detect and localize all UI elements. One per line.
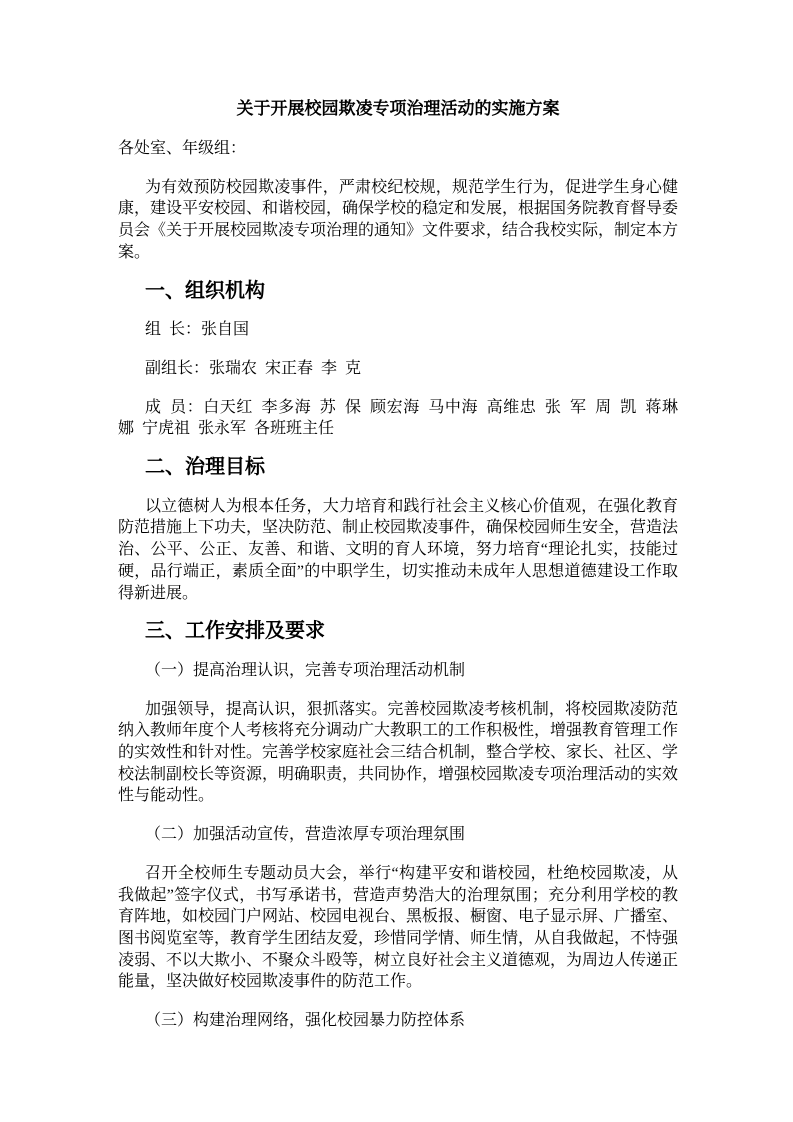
document-page: 关于开展校园欺凌专项治理活动的实施方案 各处室、年级组： 为有效预防校园欺凌事件… (0, 0, 793, 1122)
section-3-item-3-heading: （三）构建治理网络，强化校园暴力防控体系 (118, 1010, 678, 1032)
section-1-heading: 一、组织机构 (118, 281, 678, 303)
section-3-item-1-heading: （一）提高治理认识，完善专项治理活动机制 (118, 660, 678, 682)
deputy-leaders-line: 副组长：张瑞农 宋正春 李 克 (118, 358, 678, 380)
salutation-line: 各处室、年级组： (118, 138, 678, 160)
section-2-heading: 二、治理目标 (118, 457, 678, 479)
intro-paragraph: 为有效预防校园欺凌事件，严肃校纪校规，规范学生行为，促进学生身心健康，建设平安校… (118, 177, 678, 264)
section-3-item-2-paragraph: 召开全校师生专题动员大会，举行“构建平安和谐校园，杜绝校园欺凌，从我做起”签字仪… (118, 863, 678, 993)
group-leader-line: 组 长：张自国 (118, 319, 678, 341)
section-3-heading: 三、工作安排及要求 (118, 621, 678, 643)
members-line: 成 员：白天红 李多海 苏 保 顾宏海 马中海 高维忠 张 军 周 凯 蒋琳娜 … (118, 397, 678, 440)
section-3-item-2-heading: （二）加强活动宣传，营造浓厚专项治理氛围 (118, 824, 678, 846)
section-3-item-1-paragraph: 加强领导，提高认识，狠抓落实。完善校园欺凌考核机制，将校园欺凌防范纳入教师年度个… (118, 699, 678, 808)
section-2-paragraph: 以立德树人为根本任务，大力培育和践行社会主义核心价值观，在强化教育防范措施上下功… (118, 496, 678, 605)
document-title: 关于开展校园欺凌专项治理活动的实施方案 (118, 96, 678, 122)
